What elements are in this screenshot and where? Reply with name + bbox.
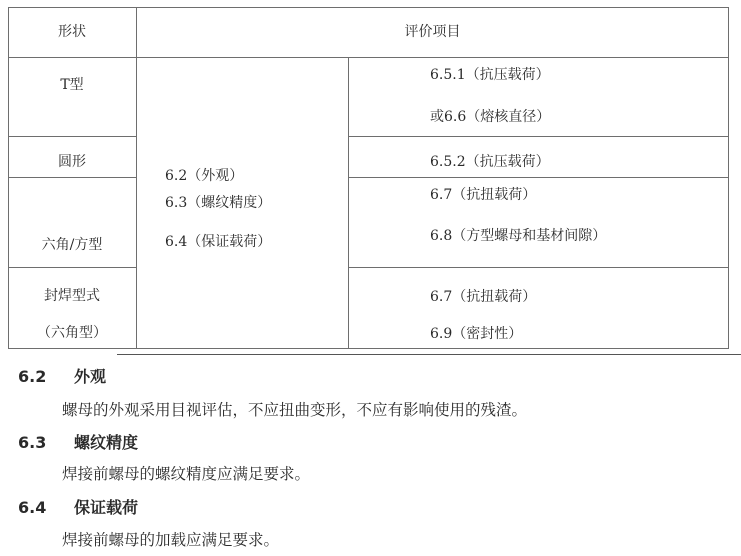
row-divider-1: [8, 136, 136, 137]
header-shape: 形状: [8, 24, 136, 40]
header-divider: [8, 57, 729, 58]
section-title: 外观: [74, 367, 106, 386]
shape-sealed-sub: （六角型）: [8, 325, 136, 341]
section-body-thread: 焊接前螺母的螺纹精度应满足要求。: [62, 464, 310, 484]
section-body-proof-load: 焊接前螺母的加载应满足要求。: [62, 530, 279, 550]
section-heading-thread: 6.3螺纹精度: [18, 433, 138, 453]
common-item-proof-load: 6.4（保证载荷）: [165, 234, 271, 250]
col-divider-1: [136, 7, 137, 349]
section-number: 6.2: [18, 367, 74, 387]
section-body-appearance: 螺母的外观采用目视评估，不应扭曲变形，不应有影响使用的残渣。: [62, 400, 527, 420]
common-item-thread: 6.3（螺纹精度）: [165, 195, 271, 211]
separator-rule: [117, 354, 741, 355]
section-number: 6.4: [18, 498, 74, 518]
col-divider-2: [348, 57, 349, 349]
header-evaluation: 评价项目: [136, 24, 729, 40]
section-heading-proof-load: 6.4保证载荷: [18, 498, 138, 518]
shape-sealed: 封焊型式: [8, 288, 136, 304]
section-heading-appearance: 6.2外观: [18, 367, 106, 387]
item-sealed-torque: 6.7（抗扭载荷）: [430, 289, 536, 305]
item-hex-torque: 6.7（抗扭载荷）: [430, 187, 536, 203]
shape-hex-square: 六角/方型: [8, 237, 136, 253]
item-t-nugget: 或6.6（熔核直径）: [430, 109, 550, 125]
item-t-compression: 6.5.1（抗压载荷）: [430, 67, 550, 83]
section-number: 6.3: [18, 433, 74, 453]
section-title: 保证载荷: [74, 498, 138, 517]
row-divider-2b: [348, 177, 729, 178]
row-divider-3: [8, 267, 136, 268]
common-item-appearance: 6.2（外观）: [165, 168, 243, 184]
row-divider-1b: [348, 136, 729, 137]
row-divider-2: [8, 177, 136, 178]
shape-t-type: T型: [8, 77, 136, 93]
item-sealed-seal: 6.9（密封性）: [430, 326, 522, 342]
section-title: 螺纹精度: [74, 433, 138, 452]
shape-round: 圆形: [8, 154, 136, 170]
item-round-compression: 6.5.2（抗压载荷）: [430, 154, 550, 170]
row-divider-3b: [348, 267, 729, 268]
item-hex-gap: 6.8（方型螺母和基材间隙）: [430, 228, 606, 244]
